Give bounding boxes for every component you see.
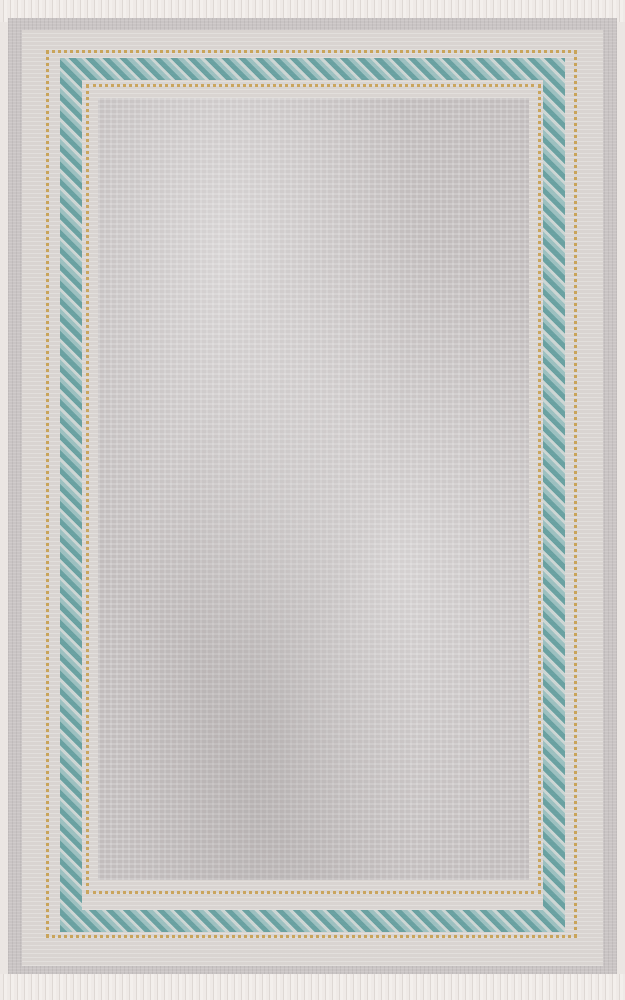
center-field <box>98 98 529 880</box>
bottom-fringe <box>0 974 625 1000</box>
rug-body <box>8 18 617 978</box>
